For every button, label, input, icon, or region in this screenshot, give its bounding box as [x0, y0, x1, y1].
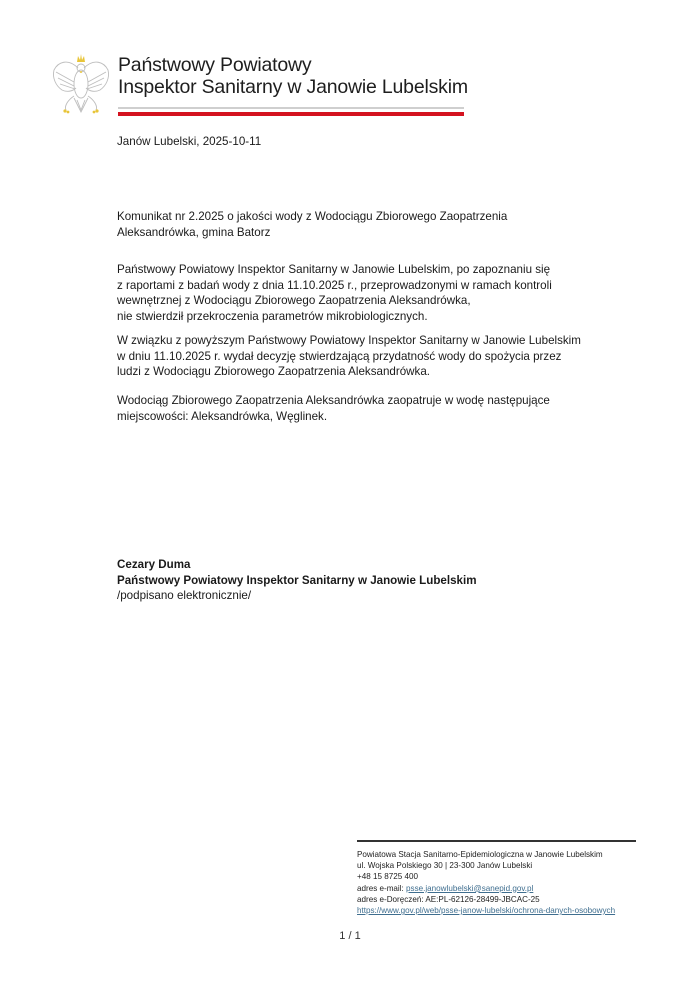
header-title-line2: Inspektor Sanitarny w Janowie Lubelskim [118, 76, 468, 98]
footer-address: ul. Wojska Polskiego 30 | 23-300 Janów L… [357, 860, 615, 871]
footer-email-label: adres e-mail: [357, 884, 406, 893]
signatory-name: Cezary Duma [117, 557, 477, 573]
header-rule-red [118, 112, 464, 116]
footer-edelivery: adres e-Doręczeń: AE:PL-62126-28499-JBCA… [357, 894, 615, 905]
subject-line: Aleksandrówka, gmina Batorz [117, 225, 507, 241]
paragraph-line: w dniu 11.10.2025 r. wydał decyzję stwie… [117, 349, 581, 365]
paragraph-line: Wodociąg Zbiorowego Zaopatrzenia Aleksan… [117, 393, 550, 409]
paragraph-localities: Wodociąg Zbiorowego Zaopatrzenia Aleksan… [117, 393, 550, 424]
paragraph-decision: W związku z powyższym Państwowy Powiatow… [117, 333, 581, 380]
signature-block: Cezary Duma Państwowy Powiatowy Inspekto… [117, 557, 477, 604]
document-date: Janów Lubelski, 2025-10-11 [117, 134, 261, 150]
page-indicator: 1 / 1 [0, 930, 700, 942]
paragraph-line: nie stwierdził przekroczenia parametrów … [117, 309, 552, 325]
paragraph-line: z raportami z badań wody z dnia 11.10.20… [117, 278, 552, 294]
footer-contact-block: Powiatowa Stacja Sanitarno-Epidemiologic… [357, 849, 615, 916]
paragraph-line: Państwowy Powiatowy Inspektor Sanitarny … [117, 262, 552, 278]
paragraph-findings: Państwowy Powiatowy Inspektor Sanitarny … [117, 262, 552, 324]
paragraph-line: W związku z powyższym Państwowy Powiatow… [117, 333, 581, 349]
paragraph-line: wewnętrznej z Wodociągu Zbiorowego Zaopa… [117, 293, 552, 309]
paragraph-line: ludzi z Wodociągu Zbiorowego Zaopatrzeni… [117, 364, 581, 380]
footer-privacy-link[interactable]: https://www.gov.pl/web/psse-janow-lubels… [357, 906, 615, 915]
footer-rule [357, 840, 636, 842]
header-rule-grey [118, 107, 464, 109]
header-title-line1: Państwowy Powiatowy [118, 54, 468, 76]
signature-note: /podpisano elektronicznie/ [117, 588, 477, 604]
paragraph-line: miejscowości: Aleksandrówka, Węglinek. [117, 409, 550, 425]
footer-institution: Powiatowa Stacja Sanitarno-Epidemiologic… [357, 849, 615, 860]
polish-eagle-emblem-icon [50, 48, 112, 120]
institution-header-title: Państwowy Powiatowy Inspektor Sanitarny … [118, 54, 468, 98]
subject-line: Komunikat nr 2.2025 o jakości wody z Wod… [117, 209, 507, 225]
footer-phone: +48 15 8725 400 [357, 871, 615, 882]
document-subject: Komunikat nr 2.2025 o jakości wody z Wod… [117, 209, 507, 240]
footer-email-row: adres e-mail: psse.janowlubelski@sanepid… [357, 883, 615, 894]
signatory-position: Państwowy Powiatowy Inspektor Sanitarny … [117, 573, 477, 589]
footer-email-link[interactable]: psse.janowlubelski@sanepid.gov.pl [406, 884, 533, 893]
